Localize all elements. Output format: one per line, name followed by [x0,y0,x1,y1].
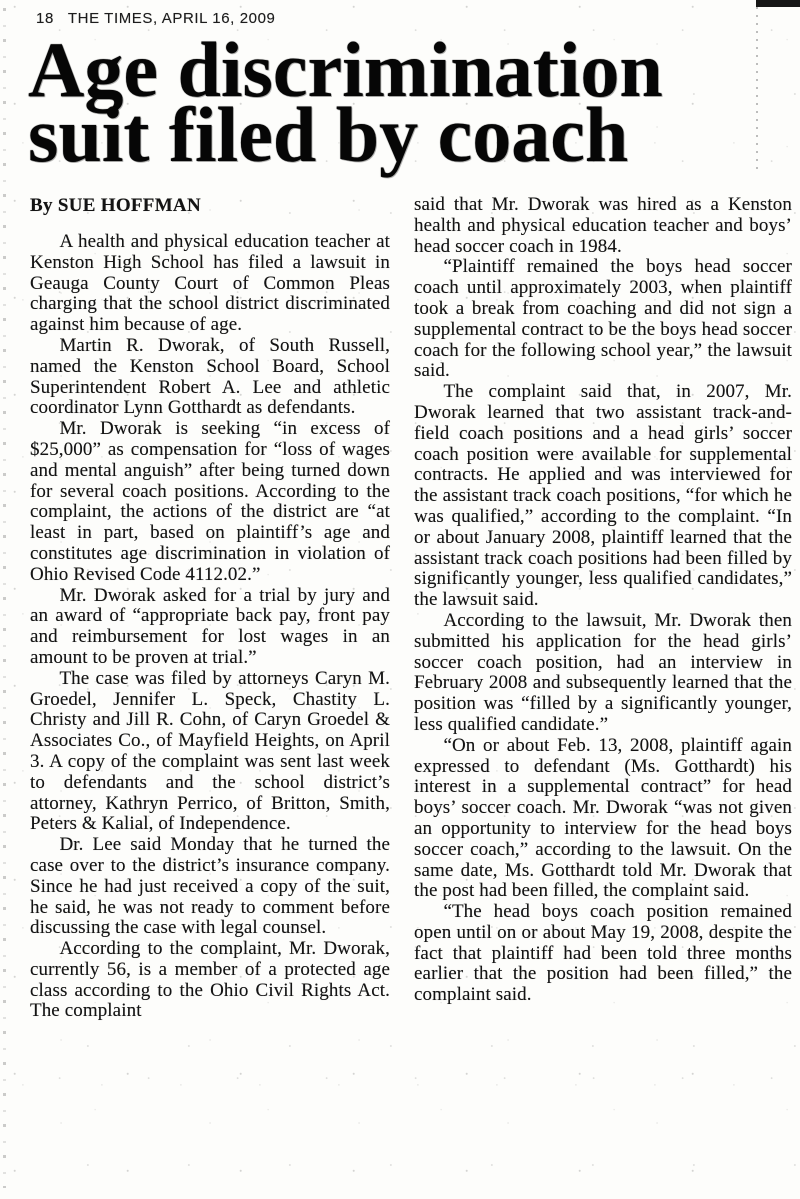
article-paragraph: “The head boys coach position remained o… [414,902,792,1006]
article-paragraph: Mr. Dworak asked for a trial by jury and… [30,586,390,669]
scan-edge-artifacts [3,8,6,1188]
article-paragraph: “On or about Feb. 13, 2008, plaintiff ag… [414,736,792,902]
newspaper-clipping: 18THE TIMES, APRIL 16, 2009 Age discrimi… [0,0,800,1199]
article-paragraph: Dr. Lee said Monday that he turned the c… [30,835,390,939]
page-header: 18THE TIMES, APRIL 16, 2009 [0,0,800,27]
publication-dateline: THE TIMES, APRIL 16, 2009 [68,10,276,27]
article-paragraph: Mr. Dworak is seeking “in excess of $25,… [30,419,390,585]
article-paragraph: A health and physical education teacher … [30,232,390,336]
article-paragraph: According to the complaint, Mr. Dworak, … [30,939,390,1022]
left-column-paragraphs: A health and physical education teacher … [30,232,390,1022]
byline: By SUE HOFFMAN [30,195,390,217]
article-paragraph: said that Mr. Dworak was hired as a Kens… [414,195,792,257]
right-column: said that Mr. Dworak was hired as a Kens… [414,195,792,1022]
article-body: By SUE HOFFMAN A health and physical edu… [0,195,800,1022]
page-number: 18 [36,10,54,27]
scan-corner-artifact [756,0,800,7]
headline-line-2: suit filed by coach [28,102,800,167]
article-paragraph: The complaint said that, in 2007, Mr. Dw… [414,382,792,611]
article-paragraph: Martin R. Dworak, of South Russell, name… [30,336,390,419]
right-column-paragraphs: said that Mr. Dworak was hired as a Kens… [414,195,792,1006]
left-column: By SUE HOFFMAN A health and physical edu… [30,195,390,1022]
article-paragraph: According to the lawsuit, Mr. Dworak the… [414,611,792,736]
article-paragraph: The case was filed by attorneys Caryn M.… [30,669,390,835]
article-paragraph: “Plaintiff remained the boys head soccer… [414,257,792,382]
article-headline: Age discrimination suit filed by coach [28,37,800,167]
